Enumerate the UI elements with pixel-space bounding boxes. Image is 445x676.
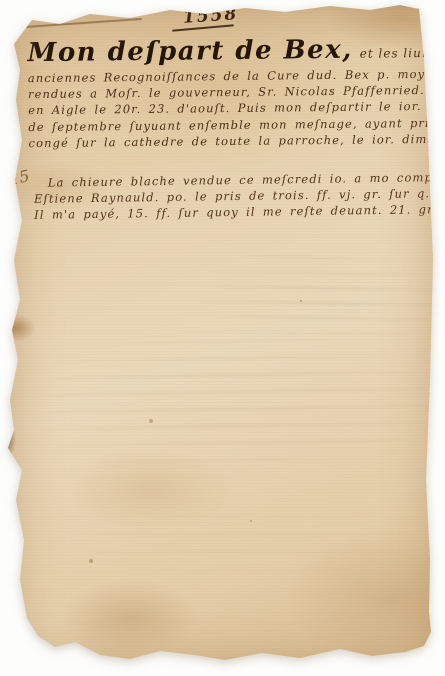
foxing-specks bbox=[0, 0, 2, 2]
paragraph-2: La chieure blache vendue ce meſcredi io.… bbox=[34, 170, 437, 223]
paragraph-1: Mon deſpart de Bex, et les liures des an… bbox=[27, 34, 436, 151]
margin-note: 15 bbox=[7, 166, 31, 189]
manuscript-photo: 1558 Mon deſpart de Bex, et les liures d… bbox=[0, 0, 445, 676]
title-line: Mon deſpart de Bex, et les liures des bbox=[27, 34, 435, 68]
paper-shadow-wrap: 1558 Mon deſpart de Bex, et les liures d… bbox=[0, 0, 445, 676]
manuscript-title-suffix: et les liures des bbox=[360, 45, 445, 60]
manuscript-paper: 1558 Mon deſpart de Bex, et les liures d… bbox=[0, 0, 445, 676]
handwritten-line: congé ſur la cathedre de toute la parroc… bbox=[28, 131, 436, 151]
ink-bleedthrough-middle bbox=[39, 327, 432, 484]
ink-bleedthrough-upper bbox=[199, 246, 441, 350]
ink-bleedthrough-lower bbox=[80, 505, 420, 575]
manuscript-title: Mon deſpart de Bex, bbox=[27, 35, 352, 68]
